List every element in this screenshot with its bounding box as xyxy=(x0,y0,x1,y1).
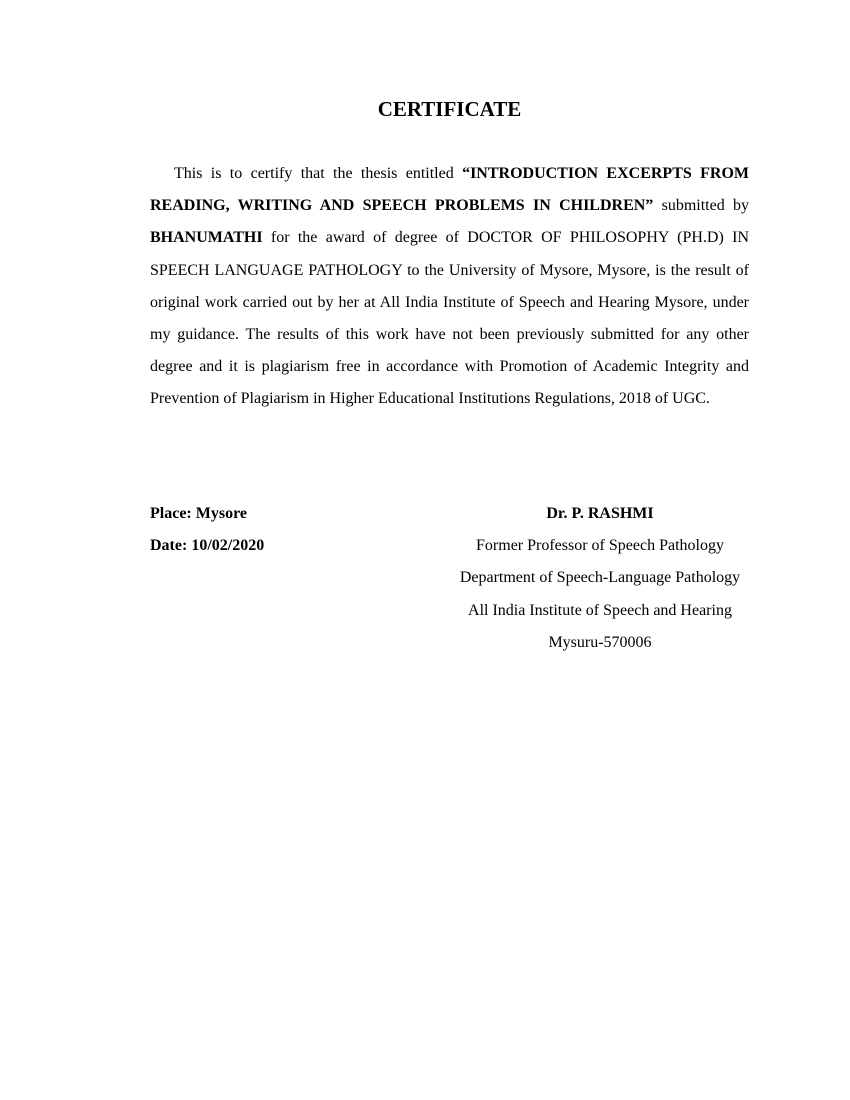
signatory-address: Mysuru-570006 xyxy=(450,627,750,659)
body-rest: for the award of degree of DOCTOR OF PHI… xyxy=(150,229,749,407)
signatory-block: Dr. P. RASHMI Former Professor of Speech… xyxy=(450,498,750,659)
body-submitted-by: submitted by xyxy=(653,197,749,214)
signatory-name: Dr. P. RASHMI xyxy=(450,498,750,530)
page-title: CERTIFICATE xyxy=(150,96,749,122)
certificate-body: This is to certify that the thesis entit… xyxy=(150,158,749,416)
body-intro: This is to certify that the thesis entit… xyxy=(174,165,462,182)
signatory-institute: All India Institute of Speech and Hearin… xyxy=(450,595,750,627)
date-label: Date: 10/02/2020 xyxy=(150,530,410,562)
place-label: Place: Mysore xyxy=(150,498,410,530)
document-page: CERTIFICATE This is to certify that the … xyxy=(0,0,850,1100)
signatory-department: Department of Speech-Language Pathology xyxy=(450,562,750,594)
signatory-designation: Former Professor of Speech Pathology xyxy=(450,530,750,562)
place-date-block: Place: Mysore Date: 10/02/2020 xyxy=(150,498,410,562)
candidate-name: BHANUMATHI xyxy=(150,229,263,246)
